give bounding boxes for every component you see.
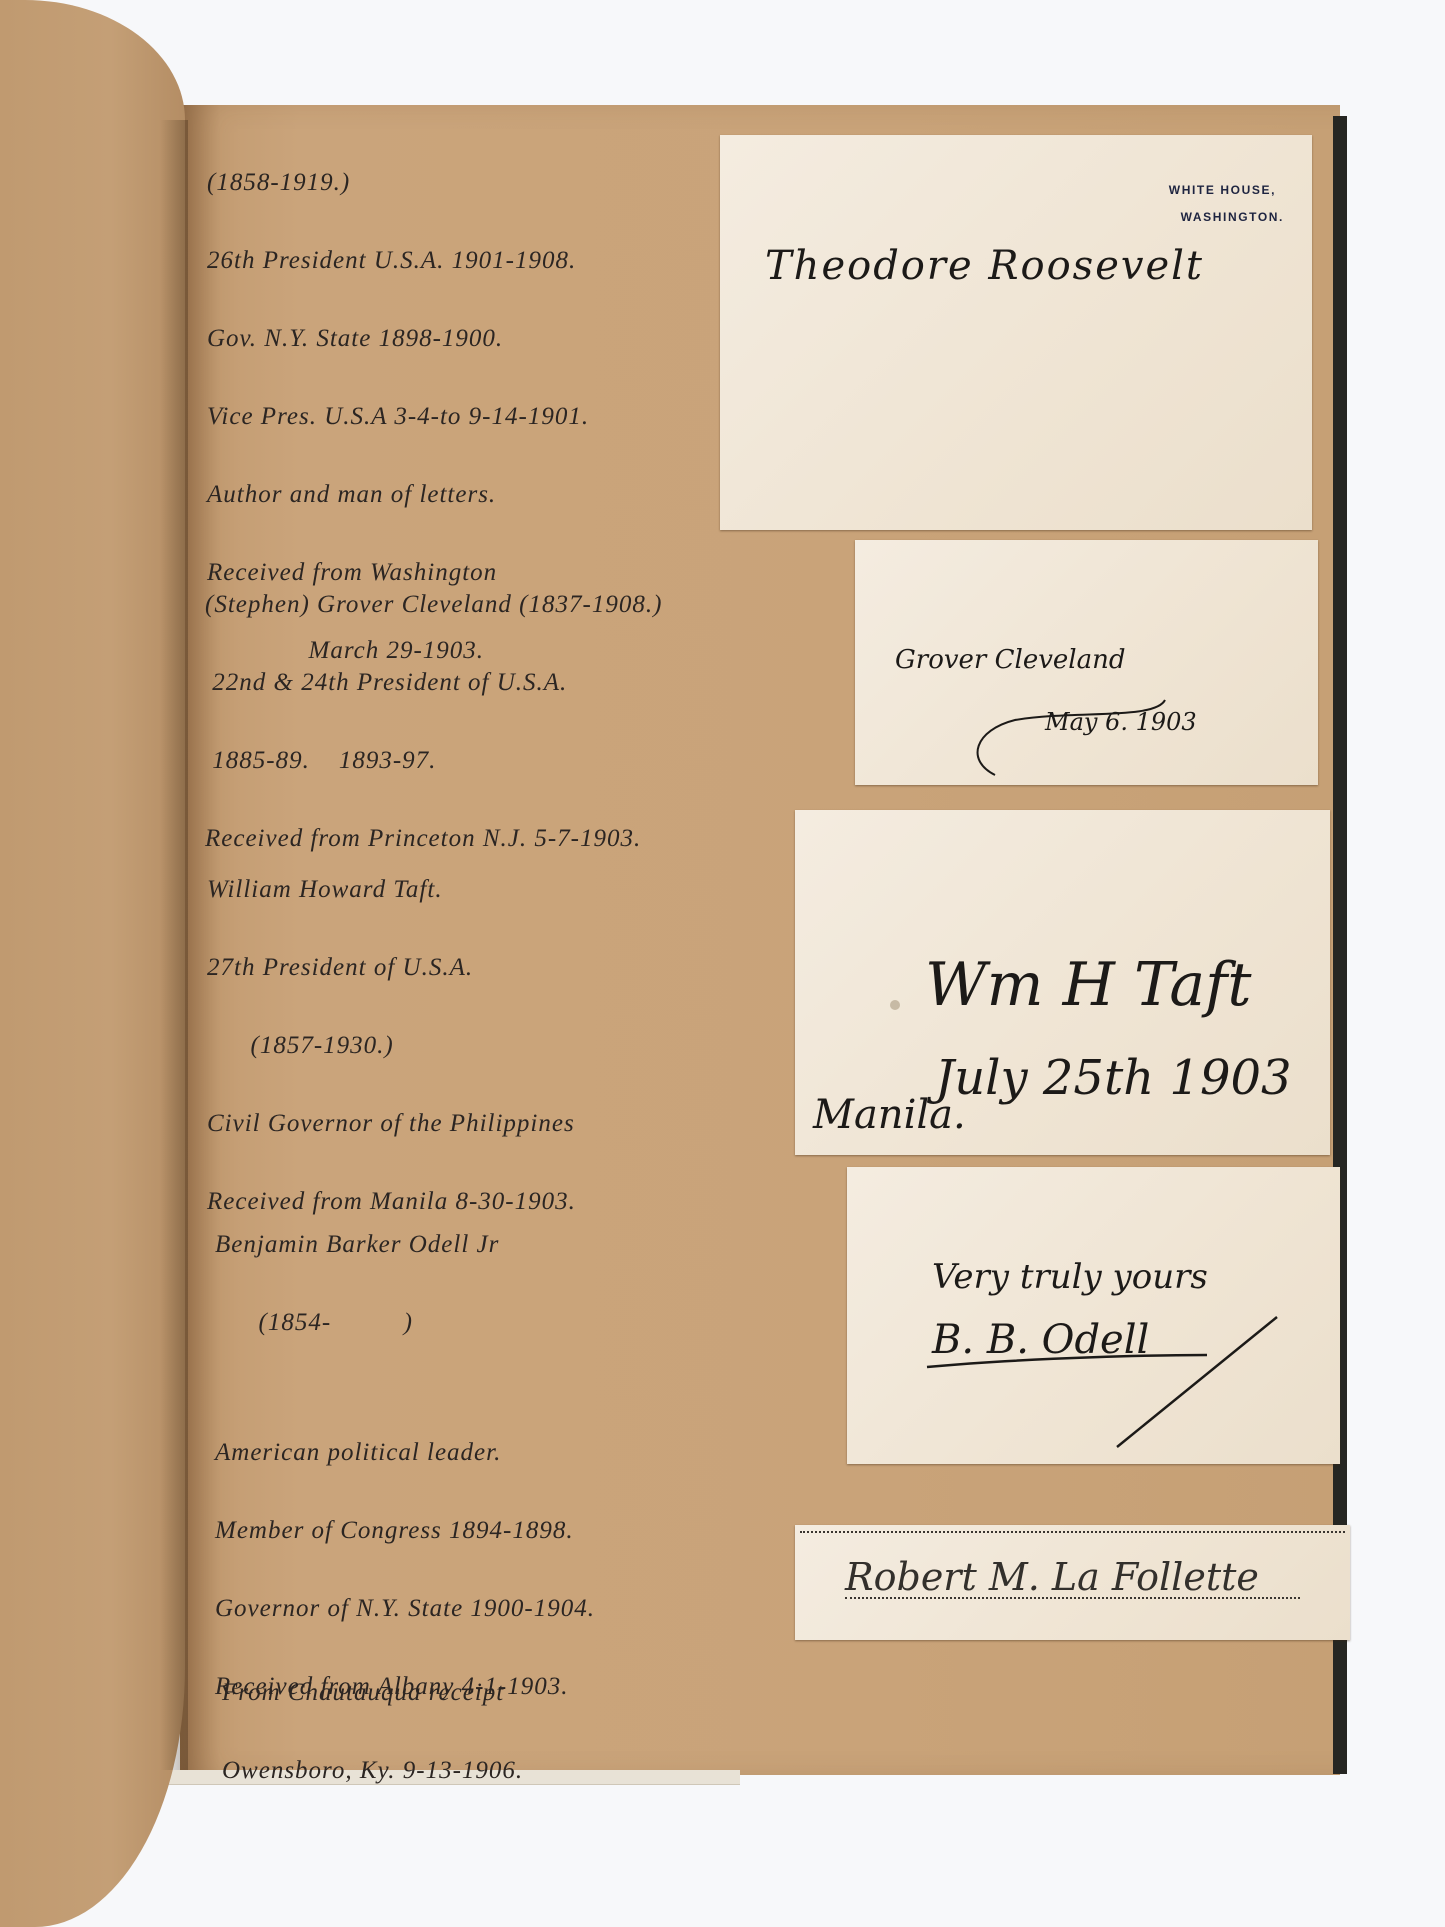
card-cleveland[interactable]: Grover Cleveland May 6. 1903 [855,540,1318,785]
signature-taft: Wm H Taft [925,950,1251,1020]
strip-signature-dotted-line [845,1597,1300,1599]
note-line: (Stephen) Grover Cleveland (1837-1908.) [205,592,662,618]
note-line: (1854- ) [215,1310,595,1336]
note-line: 27th President of U.S.A. [207,955,576,981]
letterhead-line1: WHITE HOUSE, [1169,183,1276,197]
signature-flourish [917,1297,1297,1457]
note-line: William Howard Taft. [207,877,576,903]
note-line: Vice Pres. U.S.A 3-4-to 9-14-1901. [207,404,589,430]
note-line: American political leader. [215,1440,595,1466]
note-line: Member of Congress 1894-1898. [215,1518,595,1544]
card-odell[interactable]: Very truly yours B. B. Odell [847,1167,1340,1464]
strip-top-dotted-line [800,1531,1345,1533]
card-taft[interactable]: Wm H Taft July 25th 1903 Manila. [795,810,1330,1155]
note-line: (1857-1930.) [207,1033,576,1059]
note-line: Benjamin Barker Odell Jr [215,1232,595,1258]
note-line: 22nd & 24th President of U.S.A. [205,670,662,696]
signature-roosevelt: Theodore Roosevelt [765,243,1204,289]
card-lafollette[interactable]: Robert M. La Follette [795,1525,1350,1640]
note-line: 26th President U.S.A. 1901-1908. [207,248,589,274]
signature-cleveland: Grover Cleveland [895,645,1126,675]
curled-left-page[interactable] [0,0,185,1927]
gutter-shadow [160,120,188,1770]
signature-place: Manila. [813,1092,966,1138]
note-line: Civil Governor of the Philippines [207,1111,576,1137]
signature-lafollette: Robert M. La Follette [845,1555,1259,1599]
note-line: Owensboro, Ky. 9-13-1906. [222,1758,523,1784]
note-line: From Chautauqua receipt [222,1680,523,1706]
note-line: 1885-89. 1893-97. [205,748,662,774]
note-line: (1858-1919.) [207,170,589,196]
note-line: Gov. N.Y. State 1898-1900. [207,326,589,352]
letterhead-line2: WASHINGTON. [1181,210,1284,224]
note-line: Governor of N.Y. State 1900-1904. [215,1596,595,1622]
card-roosevelt[interactable]: WHITE HOUSE, WASHINGTON. Theodore Roosev… [720,135,1312,530]
signature-date: July 25th 1903 [935,1050,1292,1106]
note-lafollette: From Chautauqua receipt Owensboro, Ky. 9… [222,1628,523,1810]
signature-salutation: Very truly yours [932,1257,1208,1297]
note-line: Author and man of letters. [207,482,589,508]
stain-mark [890,1000,900,1010]
note-taft: William Howard Taft. 27th President of U… [207,825,576,1241]
signature-flourish [955,680,1185,780]
